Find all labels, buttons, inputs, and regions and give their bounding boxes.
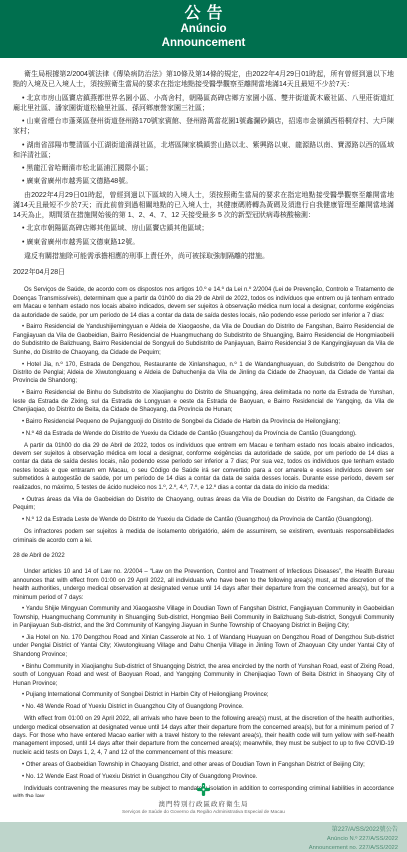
footer-reference-band: 第227/A/SS/2022號公告 Anúncio N.º 227/A/SS/2…: [0, 822, 407, 852]
pt-list1-item: Bairro Residencial Pequeno de Pujiangguo…: [13, 418, 394, 426]
zh-list2-item: 北京市朝陽區高碑店鄉其他區域、房山區竇店鎮其他區域；: [13, 224, 394, 234]
english-section: Under articles 10 and 14 of Law no. 2/20…: [13, 568, 394, 797]
zh-list2-item: 廣東省廣州市越秀區文德東路12號。: [13, 238, 394, 248]
zh-list1-item: 山東省煙台市蓬萊區登州街道登州路170號家賓館、登州路萬當花園1號鑫瀾砂鍋店，招…: [13, 117, 394, 137]
reference-number-pt: Anúncio N.º 227/A/SS/2022: [0, 835, 398, 844]
en-list1-item: Pujiang International Community of Songb…: [13, 691, 394, 699]
zh-closing: 違反有關措施除可能需承擔相應的刑事上責任外，尚可被採取強制隔離的措施。: [13, 252, 394, 262]
ssm-logo-block: 澳門特別行政區政府衛生局 Serviços de Saúde do Govern…: [0, 783, 407, 816]
reference-number-zh: 第227/A/SS/2022號公告: [0, 825, 398, 835]
org-name-zh: 澳門特別行政區政府衛生局: [0, 801, 407, 809]
org-name-pt: Serviços de Saúde do Governo da Região A…: [0, 810, 407, 816]
en-list1-item: Jia Hotel on No. 170 Dengzhou Road and X…: [13, 634, 394, 659]
pt-closing: Os infractores podem ser sujeitos à medi…: [13, 528, 394, 545]
pt-list2-item: N.º 12 da Estrada Leste de Wende do Dist…: [13, 516, 394, 524]
pt-list1-item: Bairro Residencial de Yandushijiemingyua…: [13, 323, 394, 357]
portuguese-section: Os Serviços de Saúde, de acordo com os d…: [13, 286, 394, 560]
zh-paragraph-1: 衛生局根據第2/2004號法律《傳染病防治法》第10條及第14條的規定，由202…: [13, 70, 394, 90]
announcement-header: 公告 Anúncio Announcement: [0, 0, 407, 58]
zh-list1-item: 北京市房山區竇店鎮燕都世界名園小區、小高舍村，朝陽區高碑店鄉方家園小區、雙井街道…: [13, 94, 394, 114]
pt-date: 28 de Abril de 2022: [13, 552, 394, 560]
pt-paragraph-2: A partir da 01h00 do dia 29 de Abril de …: [13, 442, 394, 492]
header-title-pt: Anúncio: [0, 23, 407, 37]
health-bureau-logo-icon: [197, 783, 210, 796]
en-list1-item: Binhu Community in Xiaojianghu Sub-distr…: [13, 663, 394, 688]
pt-list1-item: N.º 48 da Estrada de Wende do Distrito d…: [13, 430, 394, 438]
reference-number-en: Announcement no. 227/A/SS/2022: [0, 844, 398, 852]
en-list2-item: No. 12 Wende East Road of Yuexiu Distric…: [13, 773, 394, 781]
pt-list2-item: Outras áreas da Vila de Gaobeidian do Di…: [13, 496, 394, 513]
en-list1-item: No. 48 Wende Road of Yuexiu District in …: [13, 703, 394, 711]
header-title-zh: 公告: [0, 5, 407, 23]
pt-list1-item: Bairro Residencial de Binhu do Subdistri…: [13, 389, 394, 414]
en-paragraph-2: With effect from 01:00 on 29 April 2022,…: [13, 715, 394, 757]
zh-date: 2022年04月28日: [13, 268, 394, 278]
chinese-section: 衛生局根據第2/2004號法律《傳染病防治法》第10條及第14條的規定，由202…: [13, 70, 394, 278]
zh-list1-item: 湖南省邵陽市雙清區小江湖街道濱湖社區，北塔區陳家橋鎮雲山路以北、紫興路以東、龍源…: [13, 141, 394, 161]
en-list1-item: Yandu Shijie Mingyuan Community and Xiao…: [13, 605, 394, 630]
en-paragraph-1: Under articles 10 and 14 of Law no. 2/20…: [13, 568, 394, 602]
zh-list1-item: 黑龍江省哈爾濱市松北區浦江國際小區；: [13, 164, 394, 174]
pt-paragraph-1: Os Serviços de Saúde, de acordo com os d…: [13, 286, 394, 320]
pt-list1-item: Hotel Jia, n.º 170, Estrada de Dengzhou,…: [13, 361, 394, 386]
header-title-en: Announcement: [0, 37, 407, 51]
zh-list1-item: 廣東省廣州市越秀區文德路48號。: [13, 177, 394, 187]
zh-paragraph-2: 由2022年4月29日01時起，曾經到過以下區域的入境人士，須按照衛生當局的要求…: [13, 191, 394, 221]
announcement-body: 衛生局根據第2/2004號法律《傳染病防治法》第10條及第14條的規定，由202…: [0, 58, 407, 797]
en-list2-item: Other areas of Gaobeidian Township in Ch…: [13, 761, 394, 769]
